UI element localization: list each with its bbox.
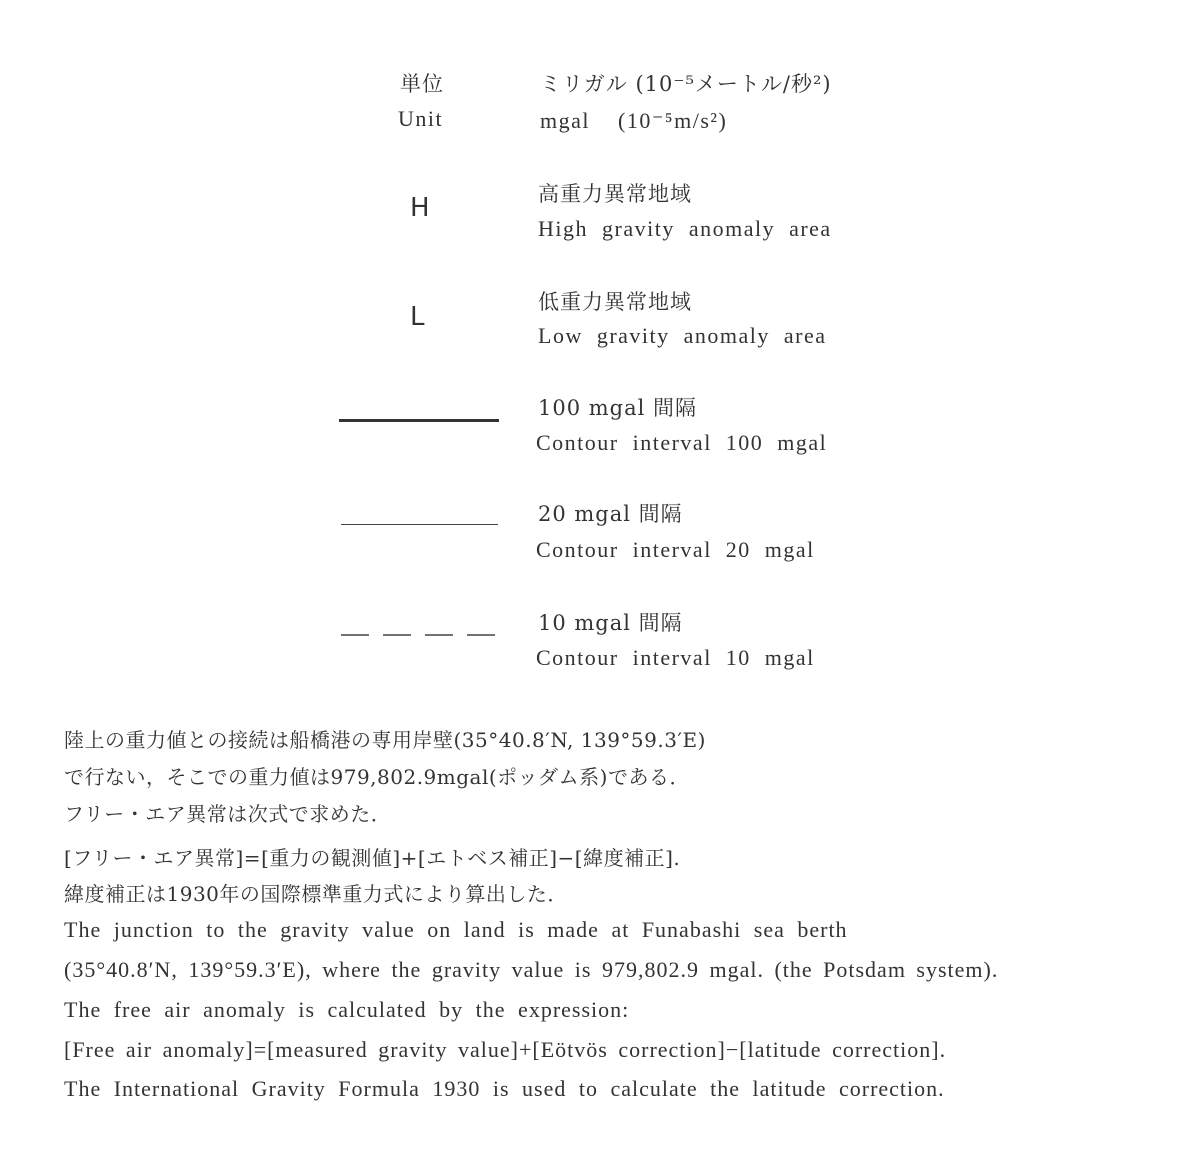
contour-100-label-en: Contour interval 100 mgal <box>536 430 827 456</box>
note-en-4: [Free air anomaly]=[measured gravity val… <box>64 1037 946 1063</box>
contour-10-label-jp: 10 mgal 間隔 <box>538 607 683 637</box>
contour-20-line <box>341 524 498 525</box>
note-en-5: The International Gravity Formula 1930 i… <box>64 1076 945 1102</box>
note-en-1: The junction to the gravity value on lan… <box>64 917 848 943</box>
high-label-jp: 高重力異常地域 <box>538 178 692 208</box>
high-symbol: H <box>410 193 430 223</box>
low-symbol: L <box>410 302 425 332</box>
contour-20-label-jp: 20 mgal 間隔 <box>538 498 683 528</box>
note-en-3: The free air anomaly is calculated by th… <box>64 997 629 1023</box>
note-jp-2: で行ない，そこでの重力値は979,802.9mgal(ポッダム系)である． <box>64 761 690 790</box>
contour-100-label-jp: 100 mgal 間隔 <box>538 392 697 422</box>
low-label-jp: 低重力異常地域 <box>538 286 692 316</box>
unit-value-jp: ミリガル (10⁻⁵メートル/秒²) <box>540 68 832 98</box>
note-en-2: (35°40.8′N, 139°59.3′E), where the gravi… <box>64 957 998 983</box>
note-jp-1: 陸上の重力値との接続は船橋港の専用岸壁(35°40.8′N, 139°59.3′… <box>64 724 706 753</box>
low-label-en: Low gravity anomaly area <box>538 323 827 349</box>
note-jp-3: フリー・エア異常は次式で求めた． <box>64 798 391 827</box>
note-jp-4: [フリー・エア異常]=[重力の観測値]+[エトベス補正]−[緯度補正]. <box>64 842 680 871</box>
unit-label-jp: 単位 <box>400 68 444 98</box>
contour-10-label-en: Contour interval 10 mgal <box>536 645 815 671</box>
contour-20-label-en: Contour interval 20 mgal <box>536 537 815 563</box>
high-label-en: High gravity anomaly area <box>538 216 832 242</box>
contour-10-line <box>341 634 498 635</box>
unit-label-en: Unit <box>398 106 443 132</box>
note-jp-5: 緯度補正は1930年の国際標準重力式により算出した． <box>64 878 568 907</box>
contour-100-line <box>339 419 499 422</box>
unit-value-en: mgal (10⁻⁵m/s²) <box>540 108 727 134</box>
